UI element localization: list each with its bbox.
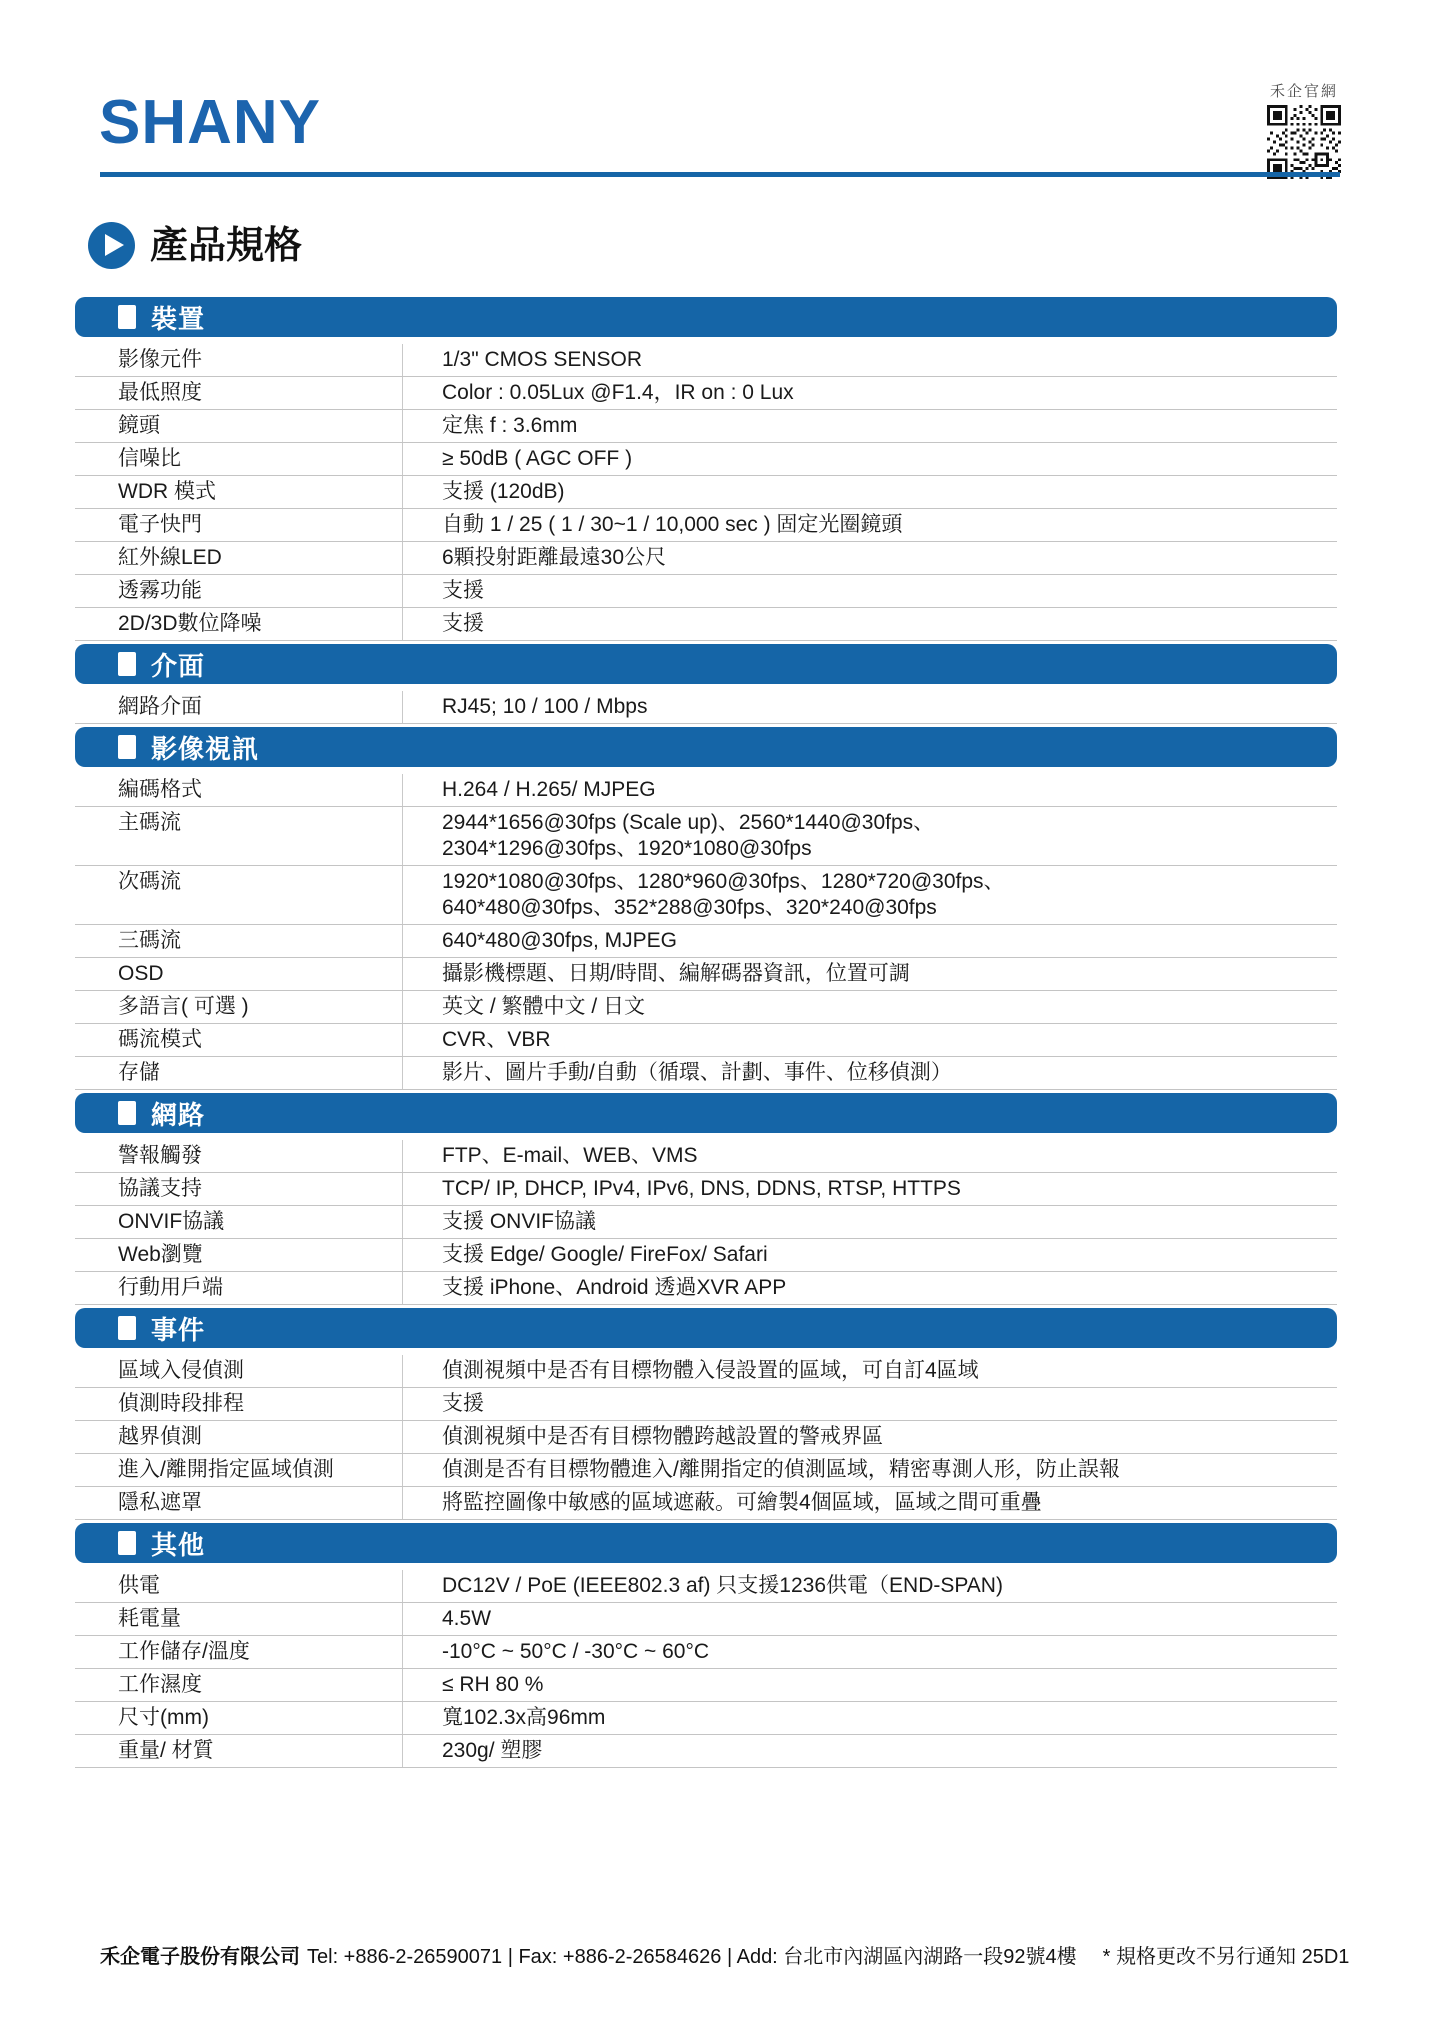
spec-label: 透霧功能: [75, 575, 402, 607]
spec-row: 多語言( 可選 ) 英文 / 繁體中文 / 日文: [75, 991, 1337, 1024]
spec-value: FTP、E-mail、WEB、VMS: [402, 1140, 1337, 1172]
spec-row: 電子快門 自動 1 / 25 ( 1 / 30~1 / 10,000 sec )…: [75, 509, 1337, 542]
spec-row: 進入/離開指定區域偵測 偵測是否有目標物體進入/離開指定的偵測區域，精密專測人形…: [75, 1454, 1337, 1487]
spec-label: 網路介面: [75, 691, 402, 723]
spec-row: 供電 DC12V / PoE (IEEE802.3 af) 只支援1236供電（…: [75, 1570, 1337, 1603]
spec-label: 三碼流: [75, 925, 402, 957]
section-title: 其他: [151, 1525, 205, 1562]
section-title: 介面: [151, 646, 205, 683]
spec-label: WDR 模式: [75, 476, 402, 508]
spec-label: 警報觸發: [75, 1140, 402, 1172]
spec-label: 越界偵測: [75, 1421, 402, 1453]
spec-label: 紅外線LED: [75, 542, 402, 574]
spec-label: 影像元件: [75, 344, 402, 376]
square-bullet-icon: [118, 1101, 136, 1125]
play-circle-icon: [88, 222, 135, 269]
spec-value: 支援: [402, 575, 1337, 607]
spec-rows: 影像元件 1/3" CMOS SENSOR 最低照度 Color : 0.05L…: [75, 344, 1337, 641]
spec-row: 隱私遮罩 將監控圖像中敏感的區域遮蔽。可繪製4個區域，區域之間可重疊: [75, 1487, 1337, 1520]
section-header: 介面: [75, 644, 1337, 684]
spec-row: 工作濕度 ≤ RH 80 %: [75, 1669, 1337, 1702]
footer-company: 禾企電子股份有限公司: [100, 1946, 300, 1968]
spec-value: -10°C ~ 50°C / -30°C ~ 60°C: [402, 1636, 1337, 1668]
spec-section-1: 裝置 影像元件 1/3" CMOS SENSOR 最低照度 Color : 0.…: [75, 297, 1337, 641]
spec-value: 偵測視頻中是否有目標物體跨越設置的警戒界區: [402, 1421, 1337, 1453]
section-header: 其他: [75, 1523, 1337, 1563]
spec-value: 自動 1 / 25 ( 1 / 30~1 / 10,000 sec ) 固定光圈…: [402, 509, 1337, 541]
page-title: 產品規格: [150, 227, 302, 265]
spec-row: 區域入侵偵測 偵測視頻中是否有目標物體入侵設置的區域，可自訂4區域: [75, 1355, 1337, 1388]
spec-value: CVR、VBR: [402, 1024, 1337, 1056]
qr-block: 禾企官網: [1262, 80, 1346, 179]
spec-row: WDR 模式 支援 (120dB): [75, 476, 1337, 509]
spec-section-2: 介面 網路介面 RJ45; 10 / 100 / Mbps: [75, 644, 1337, 724]
header-divider: [100, 172, 1340, 177]
spec-label: 主碼流: [75, 807, 402, 865]
spec-row: 紅外線LED 6顆投射距離最遠30公尺: [75, 542, 1337, 575]
spec-section-5: 事件 區域入侵偵測 偵測視頻中是否有目標物體入侵設置的區域，可自訂4區域 偵測時…: [75, 1308, 1337, 1520]
spec-value: 支援 ONVIF協議: [402, 1206, 1337, 1238]
spec-row: 透霧功能 支援: [75, 575, 1337, 608]
spec-row: OSD 攝影機標題、日期/時間、編解碼器資訊，位置可調: [75, 958, 1337, 991]
spec-row: 協議支持 TCP/ IP, DHCP, IPv4, IPv6, DNS, DDN…: [75, 1173, 1337, 1206]
spec-label: 2D/3D數位降噪: [75, 608, 402, 640]
spec-row: 重量/ 材質 230g/ 塑膠: [75, 1735, 1337, 1768]
spec-value: H.264 / H.265/ MJPEG: [402, 774, 1337, 806]
spec-label: 次碼流: [75, 866, 402, 924]
spec-value: 偵測視頻中是否有目標物體入侵設置的區域，可自訂4區域: [402, 1355, 1337, 1387]
square-bullet-icon: [118, 305, 136, 329]
spec-value: 支援: [402, 1388, 1337, 1420]
section-title: 事件: [151, 1310, 205, 1347]
spec-row: 次碼流 1920*1080@30fps、1280*960@30fps、1280*…: [75, 866, 1337, 925]
spec-row: 行動用戶端 支援 iPhone、Android 透過XVR APP: [75, 1272, 1337, 1305]
spec-label: 工作濕度: [75, 1669, 402, 1701]
section-title: 網路: [151, 1095, 205, 1132]
spec-value: 1/3" CMOS SENSOR: [402, 344, 1337, 376]
spec-row: 三碼流 640*480@30fps, MJPEG: [75, 925, 1337, 958]
section-title: 影像視訊: [151, 729, 259, 766]
square-bullet-icon: [118, 1316, 136, 1340]
spec-row: 尺寸(mm) 寬102.3x高96mm: [75, 1702, 1337, 1735]
spec-row: 警報觸發 FTP、E-mail、WEB、VMS: [75, 1140, 1337, 1173]
spec-label: 尺寸(mm): [75, 1702, 402, 1734]
spec-value: 230g/ 塑膠: [402, 1735, 1337, 1767]
spec-value: 將監控圖像中敏感的區域遮蔽。可繪製4個區域，區域之間可重疊: [402, 1487, 1337, 1519]
spec-section-4: 網路 警報觸發 FTP、E-mail、WEB、VMS 協議支持 TCP/ IP,…: [75, 1093, 1337, 1305]
spec-row: 信噪比 ≥ 50dB ( AGC OFF ): [75, 443, 1337, 476]
spec-value: 影片、圖片手動/自動（循環、計劃、事件、位移偵測）: [402, 1057, 1337, 1089]
spec-label: 區域入侵偵測: [75, 1355, 402, 1387]
spec-label: ONVIF協議: [75, 1206, 402, 1238]
spec-value: 寬102.3x高96mm: [402, 1702, 1337, 1734]
spec-value: 支援: [402, 608, 1337, 640]
spec-value: DC12V / PoE (IEEE802.3 af) 只支援1236供電（END…: [402, 1570, 1337, 1602]
qr-code-icon: [1267, 105, 1341, 179]
footer-contact: Tel: +886-2-26590071 | Fax: +886-2-26584…: [307, 1946, 1077, 1968]
spec-row: 偵測時段排程 支援: [75, 1388, 1337, 1421]
spec-label: Web瀏覽: [75, 1239, 402, 1271]
footer: 禾企電子股份有限公司Tel: +886-2-26590071 | Fax: +8…: [100, 1940, 1350, 1969]
square-bullet-icon: [118, 735, 136, 759]
spec-row: 碼流模式 CVR、VBR: [75, 1024, 1337, 1057]
spec-label: 多語言( 可選 ): [75, 991, 402, 1023]
spec-value: 支援 (120dB): [402, 476, 1337, 508]
spec-label: 協議支持: [75, 1173, 402, 1205]
spec-row: 最低照度 Color : 0.05Lux @F1.4，IR on : 0 Lux: [75, 377, 1337, 410]
spec-label: 信噪比: [75, 443, 402, 475]
spec-label: 進入/離開指定區域偵測: [75, 1454, 402, 1486]
spec-label: 電子快門: [75, 509, 402, 541]
spec-section-3: 影像視訊 編碼格式 H.264 / H.265/ MJPEG 主碼流 2944*…: [75, 727, 1337, 1090]
spec-value: 支援 iPhone、Android 透過XVR APP: [402, 1272, 1337, 1304]
section-header: 裝置: [75, 297, 1337, 337]
spec-sections: 裝置 影像元件 1/3" CMOS SENSOR 最低照度 Color : 0.…: [75, 294, 1337, 1768]
spec-value: 1920*1080@30fps、1280*960@30fps、1280*720@…: [402, 866, 1337, 924]
spec-label: 最低照度: [75, 377, 402, 409]
spec-row: 編碼格式 H.264 / H.265/ MJPEG: [75, 774, 1337, 807]
spec-value: TCP/ IP, DHCP, IPv4, IPv6, DNS, DDNS, RT…: [402, 1173, 1337, 1205]
spec-row: 耗電量 4.5W: [75, 1603, 1337, 1636]
spec-row: 鏡頭 定焦 f : 3.6mm: [75, 410, 1337, 443]
brand-logo: SHANY: [99, 92, 321, 154]
spec-value: 英文 / 繁體中文 / 日文: [402, 991, 1337, 1023]
spec-label: OSD: [75, 958, 402, 990]
spec-sheet-page: SHANY 禾企官網 產品規格 裝置 影像元件 1/3" CMOS SENSOR…: [0, 0, 1440, 2038]
footer-note: * 規格更改不另行通知 25D1: [1103, 1946, 1350, 1968]
spec-value: 640*480@30fps, MJPEG: [402, 925, 1337, 957]
spec-value: 4.5W: [402, 1603, 1337, 1635]
spec-value: ≤ RH 80 %: [402, 1669, 1337, 1701]
spec-label: 供電: [75, 1570, 402, 1602]
spec-value: RJ45; 10 / 100 / Mbps: [402, 691, 1337, 723]
spec-label: 隱私遮罩: [75, 1487, 402, 1519]
section-header: 事件: [75, 1308, 1337, 1348]
spec-label: 耗電量: [75, 1603, 402, 1635]
spec-label: 工作儲存/溫度: [75, 1636, 402, 1668]
spec-row: Web瀏覽 支援 Edge/ Google/ FireFox/ Safari: [75, 1239, 1337, 1272]
square-bullet-icon: [118, 652, 136, 676]
section-header: 網路: [75, 1093, 1337, 1133]
spec-value: 偵測是否有目標物體進入/離開指定的偵測區域，精密專測人形，防止誤報: [402, 1454, 1337, 1486]
spec-row: 網路介面 RJ45; 10 / 100 / Mbps: [75, 691, 1337, 724]
spec-row: 越界偵測 偵測視頻中是否有目標物體跨越設置的警戒界區: [75, 1421, 1337, 1454]
section-header: 影像視訊: [75, 727, 1337, 767]
spec-row: ONVIF協議 支援 ONVIF協議: [75, 1206, 1337, 1239]
spec-rows: 警報觸發 FTP、E-mail、WEB、VMS 協議支持 TCP/ IP, DH…: [75, 1140, 1337, 1305]
spec-value: 2944*1656@30fps (Scale up)、2560*1440@30f…: [402, 807, 1337, 865]
spec-value: ≥ 50dB ( AGC OFF ): [402, 443, 1337, 475]
spec-rows: 供電 DC12V / PoE (IEEE802.3 af) 只支援1236供電（…: [75, 1570, 1337, 1768]
spec-row: 存儲 影片、圖片手動/自動（循環、計劃、事件、位移偵測）: [75, 1057, 1337, 1090]
square-bullet-icon: [118, 1531, 136, 1555]
spec-row: 影像元件 1/3" CMOS SENSOR: [75, 344, 1337, 377]
page-title-row: 產品規格: [88, 222, 302, 269]
spec-value: 攝影機標題、日期/時間、編解碼器資訊，位置可調: [402, 958, 1337, 990]
spec-label: 存儲: [75, 1057, 402, 1089]
spec-row: 工作儲存/溫度 -10°C ~ 50°C / -30°C ~ 60°C: [75, 1636, 1337, 1669]
spec-label: 碼流模式: [75, 1024, 402, 1056]
spec-value: 支援 Edge/ Google/ FireFox/ Safari: [402, 1239, 1337, 1271]
section-title: 裝置: [151, 299, 205, 336]
spec-rows: 編碼格式 H.264 / H.265/ MJPEG 主碼流 2944*1656@…: [75, 774, 1337, 1090]
spec-label: 重量/ 材質: [75, 1735, 402, 1767]
spec-value: 定焦 f : 3.6mm: [402, 410, 1337, 442]
spec-value: Color : 0.05Lux @F1.4，IR on : 0 Lux: [402, 377, 1337, 409]
spec-value: 6顆投射距離最遠30公尺: [402, 542, 1337, 574]
spec-rows: 區域入侵偵測 偵測視頻中是否有目標物體入侵設置的區域，可自訂4區域 偵測時段排程…: [75, 1355, 1337, 1520]
qr-caption: 禾企官網: [1262, 80, 1346, 101]
spec-label: 編碼格式: [75, 774, 402, 806]
spec-label: 偵測時段排程: [75, 1388, 402, 1420]
spec-row: 主碼流 2944*1656@30fps (Scale up)、2560*1440…: [75, 807, 1337, 866]
spec-label: 鏡頭: [75, 410, 402, 442]
spec-rows: 網路介面 RJ45; 10 / 100 / Mbps: [75, 691, 1337, 724]
spec-section-6: 其他 供電 DC12V / PoE (IEEE802.3 af) 只支援1236…: [75, 1523, 1337, 1768]
spec-label: 行動用戶端: [75, 1272, 402, 1304]
spec-row: 2D/3D數位降噪 支援: [75, 608, 1337, 641]
